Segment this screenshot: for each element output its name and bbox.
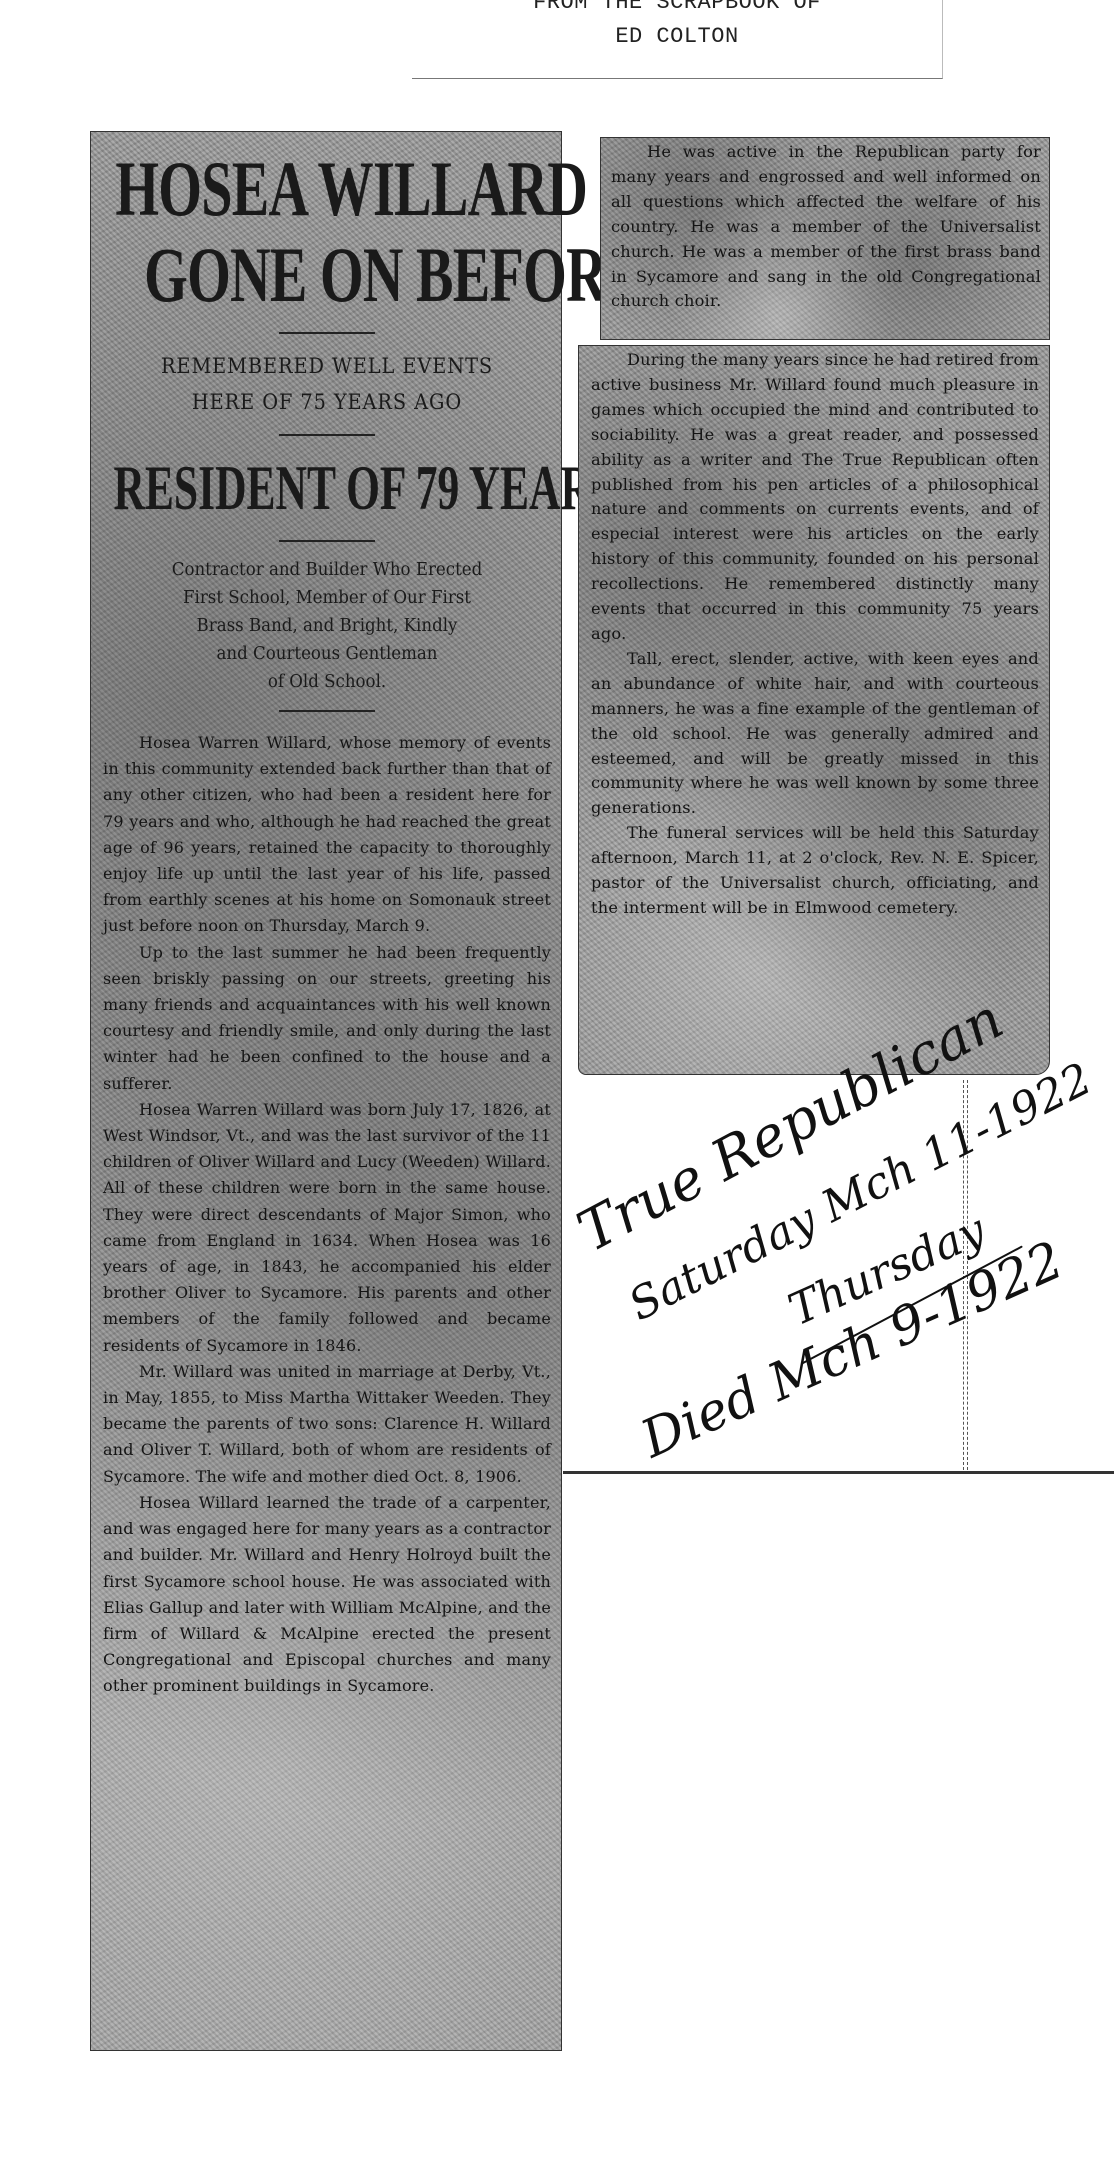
- article-body: During the many years since he had retir…: [591, 348, 1039, 921]
- paragraph: Hosea Warren Willard, whose memory of ev…: [103, 730, 551, 940]
- paragraph: During the many years since he had retir…: [591, 348, 1039, 647]
- obituary-continuation-top: He was active in the Republican party fo…: [600, 137, 1050, 340]
- headline-secondary: RESIDENT OF 79 YEARS: [113, 450, 540, 526]
- paragraph: Tall, erect, slender, active, with keen …: [591, 647, 1039, 821]
- headline-line1: HOSEA WILLARD: [115, 146, 538, 232]
- deck-line2: HERE OF 75 YEARS AGO: [121, 384, 533, 420]
- paragraph: Mr. Willard was united in marriage at De…: [103, 1359, 551, 1490]
- paragraph: Up to the last summer he had been freque…: [103, 940, 551, 1097]
- subdeck-line: of Old School.: [114, 668, 540, 696]
- divider-rule: [279, 332, 375, 334]
- paragraph: The funeral services will be held this S…: [591, 821, 1039, 921]
- handwritten-note: True Republican Saturday Mch 11-1922 Thu…: [562, 1080, 1114, 1480]
- article-body: Hosea Warren Willard, whose memory of ev…: [103, 730, 551, 1700]
- page-edge-rule: [563, 1471, 1114, 1474]
- scrapbook-label-line2: ED COLTON: [412, 20, 942, 54]
- obituary-main-column: HOSEA WILLARD GONE ON BEFORE REMEMBERED …: [90, 131, 562, 2051]
- deck-line1: REMEMBERED WELL EVENTS: [121, 348, 533, 384]
- subdeck-line: and Courteous Gentleman: [114, 640, 540, 668]
- divider-rule: [279, 710, 375, 712]
- subdeck: Contractor and Builder Who Erected First…: [103, 556, 551, 696]
- scrapbook-label-line1: FROM THE SCRAPBOOK OF: [412, 0, 942, 20]
- subdeck-line: First School, Member of Our First: [114, 584, 540, 612]
- subdeck-line: Contractor and Builder Who Erected: [114, 556, 540, 584]
- paragraph: He was active in the Republican party fo…: [611, 140, 1041, 314]
- paragraph: Hosea Willard learned the trade of a car…: [103, 1490, 551, 1700]
- subdeck-line: Brass Band, and Bright, Kindly: [114, 612, 540, 640]
- paragraph: Hosea Warren Willard was born July 17, 1…: [103, 1097, 551, 1359]
- divider-rule: [279, 540, 375, 542]
- article-body: He was active in the Republican party fo…: [611, 140, 1041, 314]
- scrapbook-label: FROM THE SCRAPBOOK OF ED COLTON: [412, 0, 943, 79]
- obituary-continuation-bottom: During the many years since he had retir…: [578, 345, 1050, 1075]
- divider-rule: [279, 434, 375, 436]
- headline-line2: GONE ON BEFORE: [115, 232, 538, 318]
